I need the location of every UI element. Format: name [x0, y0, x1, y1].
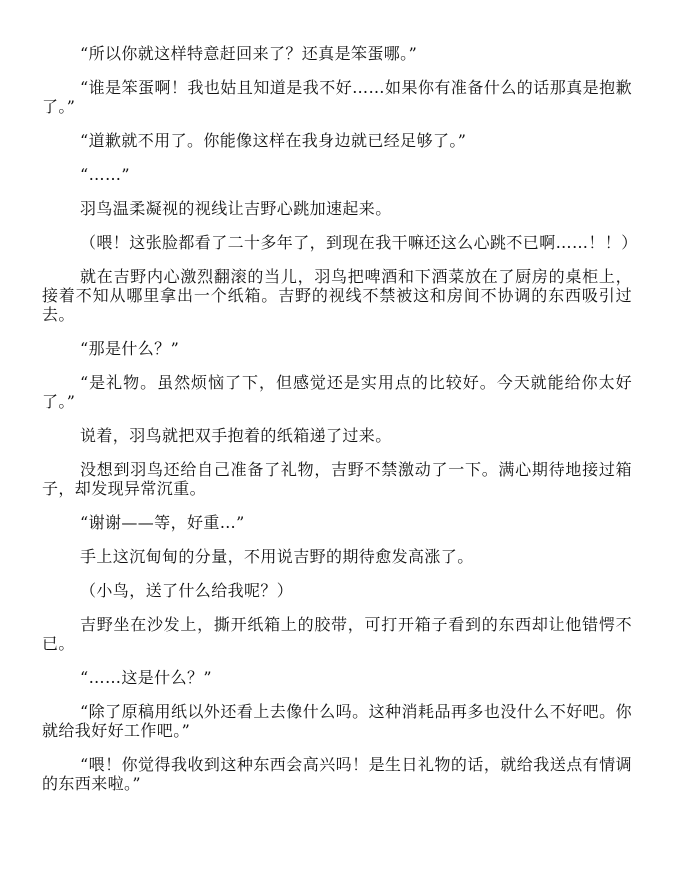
paragraph: “……” [42, 165, 632, 184]
paragraph: “……这是什么？” [42, 668, 632, 687]
paragraph: “除了原稿用纸以外还看上去像什么吗。这种消耗品再多也没什么不好吧。你就给我好好工… [42, 702, 632, 740]
paragraph: 吉野坐在沙发上，撕开纸箱上的胶带，可打开箱子看到的东西却让他错愕不已。 [42, 615, 632, 653]
paragraph: （小鸟，送了什么给我呢？） [42, 581, 632, 600]
paragraph: “道歉就不用了。你能像这样在我身边就已经足够了。” [42, 131, 632, 150]
paragraph: “所以你就这样特意赶回来了？还真是笨蛋哪。” [42, 44, 632, 63]
paragraph: “是礼物。虽然烦恼了下，但感觉还是实用点的比较好。今天就能给你太好了。” [42, 373, 632, 411]
paragraph: 没想到羽鸟还给自己准备了礼物，吉野不禁激动了一下。满心期待地接过箱子，却发现异常… [42, 460, 632, 498]
paragraph: 手上这沉甸甸的分量，不用说吉野的期待愈发高涨了。 [42, 547, 632, 566]
paragraph: “谁是笨蛋啊！我也姑且知道是我不好……如果你有准备什么的话那真是抱歉了。” [42, 78, 632, 116]
paragraph: 就在吉野内心激烈翻滚的当儿，羽鸟把啤酒和下酒菜放在了厨房的桌柜上，接着不知从哪里… [42, 267, 632, 324]
paragraph: 说着，羽鸟就把双手抱着的纸箱递了过来。 [42, 426, 632, 445]
paragraph: 羽鸟温柔凝视的视线让吉野心跳加速起来。 [42, 199, 632, 218]
paragraph: （喂！这张脸都看了二十多年了，到现在我干嘛还这么心跳不已啊……！！） [42, 233, 632, 252]
paragraph: “谢谢——等，好重…” [42, 513, 632, 532]
paragraph: “那是什么？” [42, 339, 632, 358]
paragraph: “喂！你觉得我收到这种东西会高兴吗！是生日礼物的话，就给我送点有情调的东西来啦。… [42, 755, 632, 793]
document-page: “所以你就这样特意赶回来了？还真是笨蛋哪。” “谁是笨蛋啊！我也姑且知道是我不好… [42, 44, 632, 808]
